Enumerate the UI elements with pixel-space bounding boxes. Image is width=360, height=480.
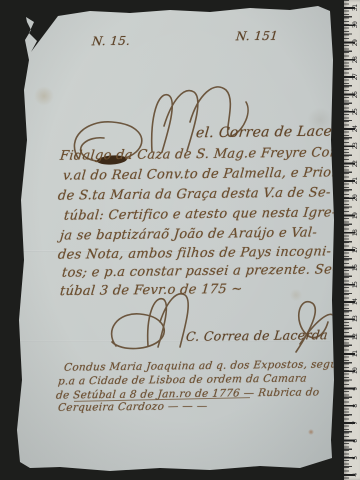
ruler-number: 24	[351, 123, 359, 135]
ruler-number: 20	[351, 192, 359, 204]
heading-initial-flourish	[152, 87, 248, 152]
manuscript-page: N. 15. N. 151 el. Correa de Lacerda Moço…	[0, 0, 360, 480]
ruler-number: 21	[351, 175, 359, 187]
ruler-number: 28	[351, 54, 359, 66]
ruler: 3130292827262524232221201918171615141312…	[344, 0, 360, 480]
ruler-number: 22	[351, 158, 359, 170]
ruler-number: 12	[351, 331, 359, 343]
body-line: des Nota, ambos filhos de Pays incogni-	[57, 244, 332, 262]
ruler-number: 6	[351, 435, 359, 447]
folio-number-left: N. 15.	[91, 34, 131, 48]
body-line: Fidalgo da Caza de S. Mag.e Freyre Con-	[59, 145, 343, 163]
ruler-number: 18	[351, 227, 359, 239]
scan-background: N. 15. N. 151 el. Correa de Lacerda Moço…	[0, 0, 360, 480]
signature-text: C. Correa de Lacerda	[185, 327, 328, 344]
body-line: de S.ta Maria da Graça desta V.a de Se-	[57, 185, 331, 203]
ruler-number: 27	[351, 71, 359, 83]
ruler-number: 16	[351, 262, 359, 274]
ruler-number: 7	[351, 417, 359, 429]
folio-number-right: N. 151	[235, 29, 278, 44]
ruler-number: 31	[351, 2, 359, 14]
note-line: Cerqueira Cardozo — — —	[57, 400, 208, 414]
body-line: v.al do Real Conv.to de Palmella, e Prio…	[62, 165, 338, 183]
ruler-number: 9	[351, 383, 359, 395]
ruler-number: 4	[351, 469, 359, 480]
note-line: Condus Maria Joaquina ad q. dos Expostos…	[63, 358, 344, 373]
body-line: túbal 3 de Fevr.o de 175 ~	[59, 282, 243, 299]
body-line: ja se baptizáraõ João de Araújo e Val-	[59, 225, 317, 243]
ruler-number: 10	[351, 365, 359, 377]
signature-paraph	[112, 314, 165, 349]
ruler-number: 29	[351, 37, 359, 49]
ruler-number: 19	[351, 210, 359, 222]
ruler-number: 5	[351, 452, 359, 464]
ruler-number: 25	[351, 106, 359, 118]
heading-line: el. Correa de Lacerda Moço	[195, 123, 360, 142]
note-line: p.a a Cidade de Lisboa de ordem da Camar…	[57, 372, 307, 387]
ruler-number: 8	[351, 400, 359, 412]
ruler-number: 14	[351, 296, 359, 308]
body-line: túbal: Certifico e atesto que nesta Igre…	[63, 205, 337, 223]
ruler-number: 26	[351, 89, 359, 101]
ruler-number: 30	[351, 19, 359, 31]
signature-initial-flourish	[148, 294, 189, 347]
ruler-number: 11	[351, 348, 359, 360]
ruler-number: 13	[351, 313, 359, 325]
ruler-number: 23	[351, 140, 359, 152]
ruler-number: 17	[351, 244, 359, 256]
ruler-number: 15	[351, 279, 359, 291]
body-line: tos; e p.a constar passei a prezente. Se…	[61, 262, 337, 280]
